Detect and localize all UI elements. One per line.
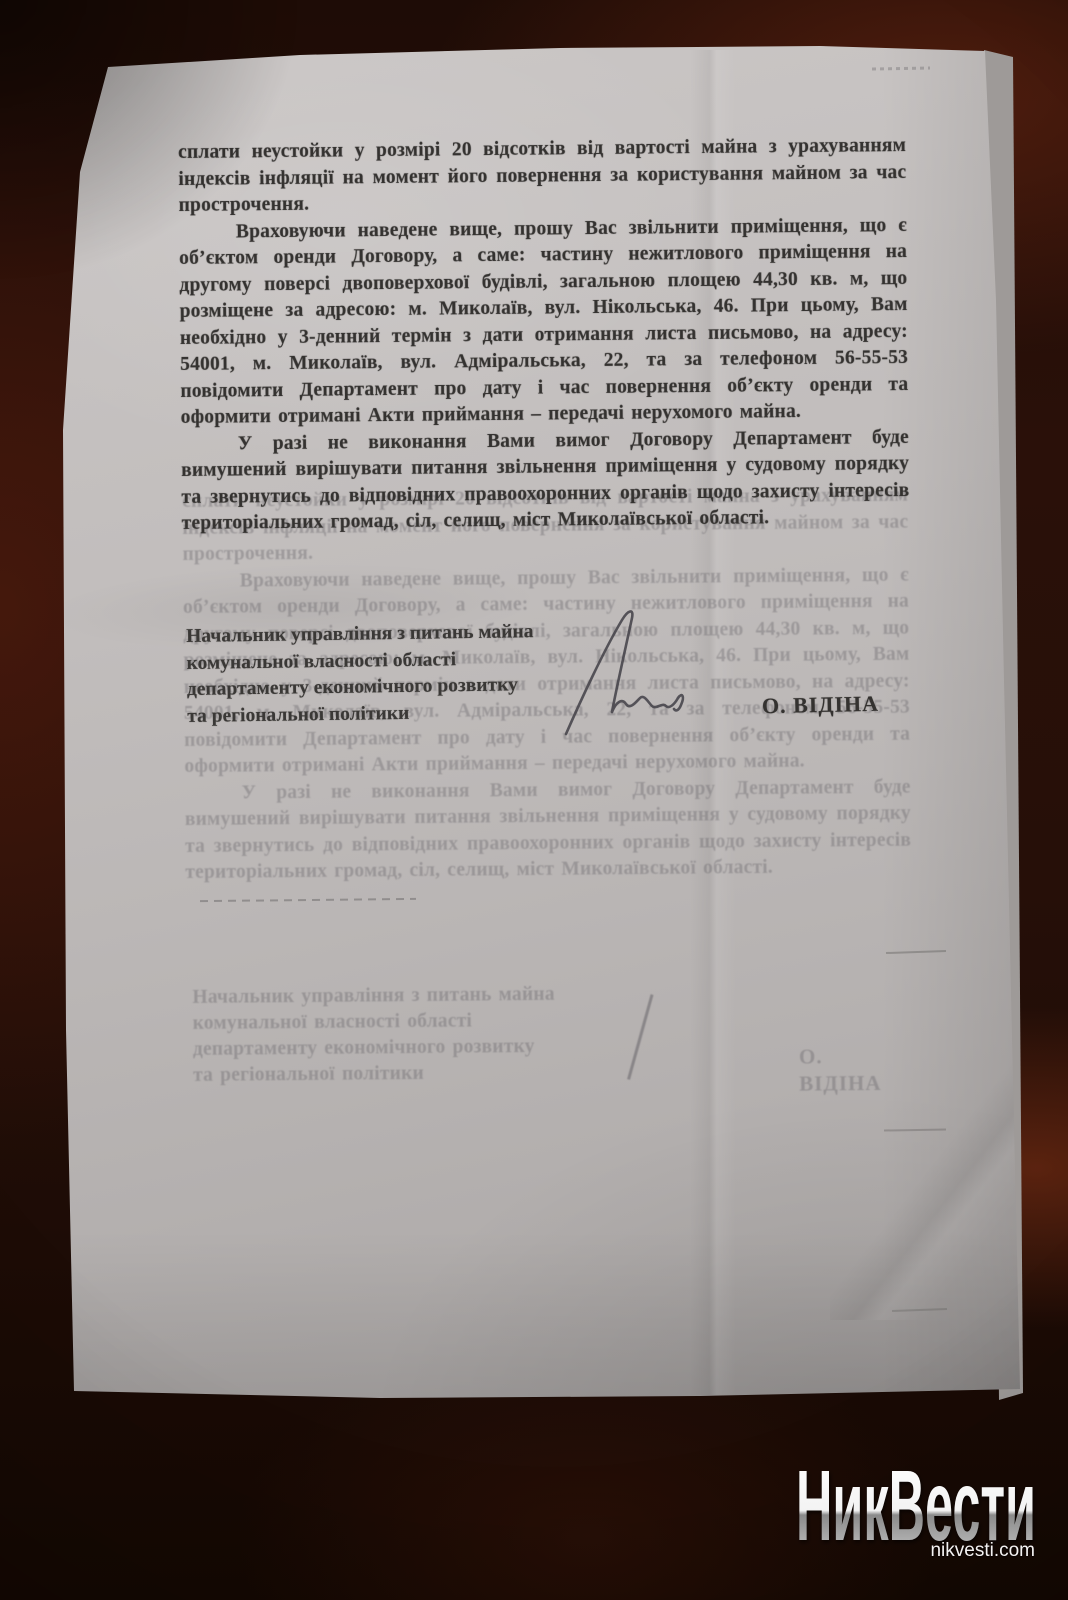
signer-name: О. ВІДІНА [762,691,880,719]
bleed-through-signature-title-line: департаменту економічного розвитку [193,1034,556,1063]
bleed-through-signer-name: О. ВІДІНА [799,1043,913,1097]
document-paragraph: сплати неустойки у розмірі 20 відсотків … [178,133,907,219]
watermark-url: nikvesti.com [930,1540,1035,1562]
photographed-document-scene: { "photo": { "watermark": { "logo": "Ник… [0,0,1068,1600]
bleed-through-signature-title-line: та регіональної політики [193,1060,556,1089]
signature-title-line: департаменту економічного розвитку [187,672,535,703]
handwritten-signature [538,606,708,741]
document-paragraph: У разі не виконання Вами вимог Договору … [181,424,910,537]
bleed-through-paragraph: У разі не виконання Вами вимог Договору … [185,774,912,886]
letter-body: сплати неустойки у розмірі 20 відсотків … [178,133,910,537]
document-paragraph: Враховуючи наведене вище, прошу Вас звіл… [179,213,909,432]
bleed-through-signature-title: Начальник управління з питань майна кому… [192,982,555,1089]
signature-title-line: Начальник управління з питань майна [186,619,534,650]
watermark-logo-text: НикВести [796,1464,1036,1549]
bleed-through-signature-title-line: комунальної власності області [193,1008,556,1037]
bleed-through-signature-title-line: Начальник управління з питань майна [192,982,555,1011]
signature-title-line: та регіональної політики [187,699,535,730]
document-page: сплати неустойки у розмірі 20 відсотків … [0,0,1068,1600]
nikvesti-logo-watermark: НикВести [790,1464,1042,1549]
signature-title-block: Начальник управління з питань майна кому… [186,619,535,730]
